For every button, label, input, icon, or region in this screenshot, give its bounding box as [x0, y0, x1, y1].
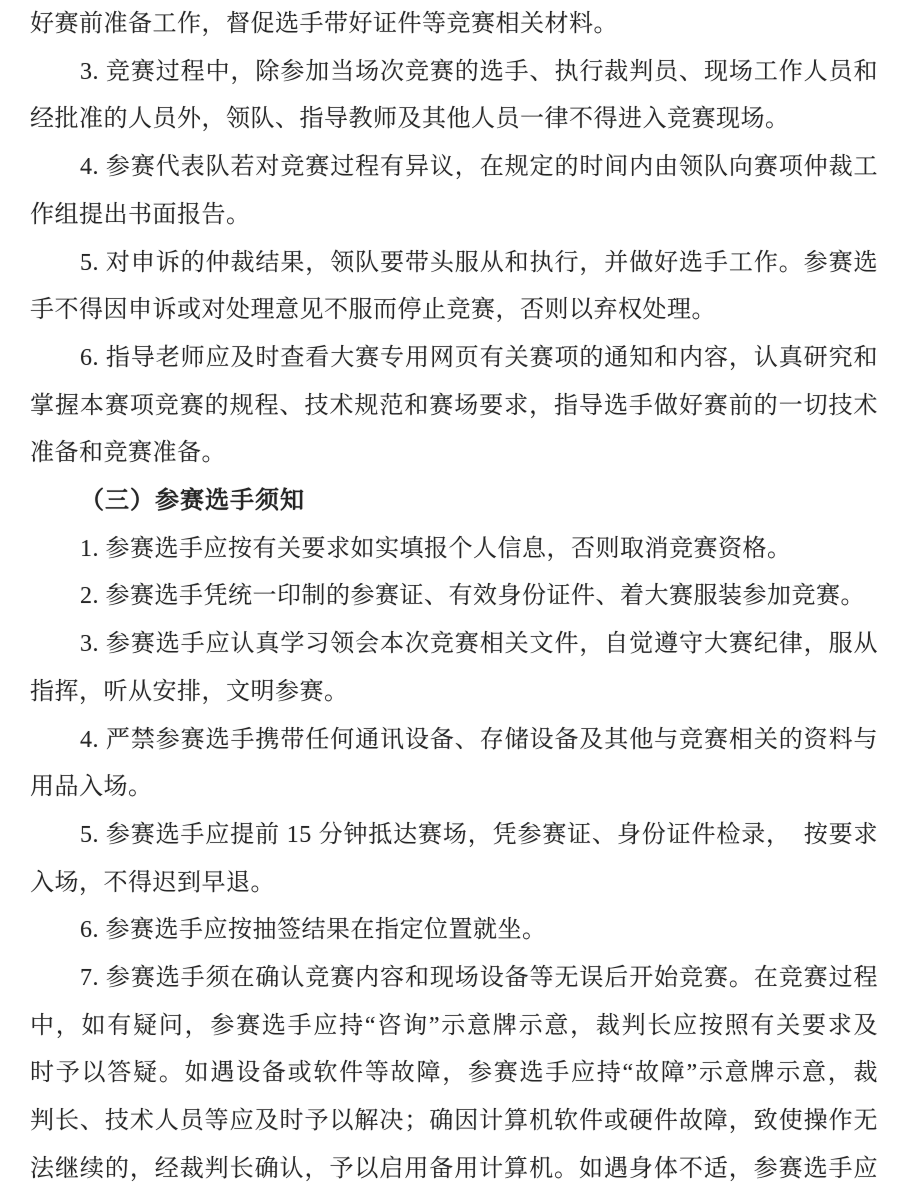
text-line: 指挥，听从安排，文明参赛。: [30, 669, 878, 717]
section-heading: （三）参赛选手须知: [30, 478, 878, 526]
text-line: 中，如有疑问，参赛选手应持“咨询”示意牌示意，裁判长应按照有关要求及: [30, 1003, 878, 1051]
text-line: 5. 对申诉的仲裁结果，领队要带头服从和执行，并做好选手工作。参赛选: [30, 240, 878, 288]
text-line: 好赛前准备工作，督促选手带好证件等竞赛相关材料。: [30, 1, 878, 49]
text-line: 掌握本赛项竞赛的规程、技术规范和赛场要求，指导选手做好赛前的一切技术: [30, 383, 878, 431]
text-line: 时予以答疑。如遇设备或软件等故障，参赛选手应持“故障”示意牌示意，裁: [30, 1050, 878, 1098]
text-line: 准备和竞赛准备。: [30, 430, 878, 478]
text-line: 4. 参赛代表队若对竞赛过程有异议，在规定的时间内由领队向赛项仲裁工: [30, 144, 878, 192]
text-line: 4. 严禁参赛选手携带任何通讯设备、存储设备及其他与竞赛相关的资料与: [30, 717, 878, 765]
text-line: 2. 参赛选手凭统一印制的参赛证、有效身份证件、着大赛服装参加竞赛。: [30, 573, 878, 621]
document-lines: 好赛前准备工作，督促选手带好证件等竞赛相关材料。3. 竞赛过程中，除参加当场次竞…: [30, 1, 878, 1194]
text-line: 入场，不得迟到早退。: [30, 860, 878, 908]
text-line: 1. 参赛选手应按有关要求如实填报个人信息，否则取消竞赛资格。: [30, 526, 878, 574]
text-line: 5. 参赛选手应提前 15 分钟抵达赛场，凭参赛证、身份证件检录， 按要求: [30, 812, 878, 860]
text-line: 判长、技术人员等应及时予以解决；确因计算机软件或硬件故障，致使操作无: [30, 1098, 878, 1146]
text-line: 6. 指导老师应及时查看大赛专用网页有关赛项的通知和内容，认真研究和: [30, 335, 878, 383]
text-line: 3. 竞赛过程中，除参加当场次竞赛的选手、执行裁判员、现场工作人员和: [30, 49, 878, 97]
text-line: 法继续的，经裁判长确认，予以启用备用计算机。如遇身体不适，参赛选手应: [30, 1146, 878, 1194]
text-line: 经批准的人员外，领队、指导教师及其他人员一律不得进入竞赛现场。: [30, 96, 878, 144]
text-line: 3. 参赛选手应认真学习领会本次竞赛相关文件，自觉遵守大赛纪律，服从: [30, 621, 878, 669]
text-line: 作组提出书面报告。: [30, 192, 878, 240]
text-line: 用品入场。: [30, 764, 878, 812]
text-line: 6. 参赛选手应按抽签结果在指定位置就坐。: [30, 907, 878, 955]
document-page: 好赛前准备工作，督促选手带好证件等竞赛相关材料。3. 竞赛过程中，除参加当场次竞…: [0, 0, 914, 1200]
text-line: 手不得因申诉或对处理意见不服而停止竞赛，否则以弃权处理。: [30, 287, 878, 335]
text-line: 7. 参赛选手须在确认竞赛内容和现场设备等无误后开始竞赛。在竞赛过程: [30, 955, 878, 1003]
